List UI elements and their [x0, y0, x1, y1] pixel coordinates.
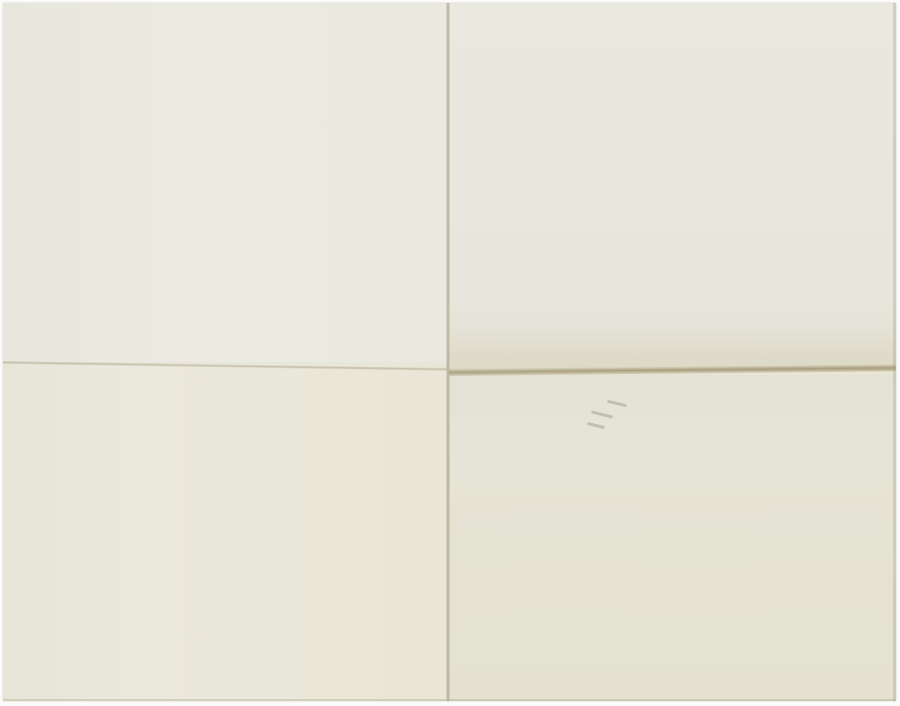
vertical-fold-crease: [446, 3, 450, 701]
paper-panel-top-left: [3, 3, 447, 362]
paper-sheet: [3, 3, 896, 701]
paper-panel-top-right: [449, 3, 896, 371]
paper-edge-bottom: [3, 699, 896, 701]
fold-stain: [449, 323, 896, 371]
paper-panel-bottom-left: [3, 364, 447, 701]
paper-edge-right: [893, 3, 896, 701]
paper-panel-bottom-right: [449, 375, 896, 701]
photo-scene: [0, 0, 900, 706]
